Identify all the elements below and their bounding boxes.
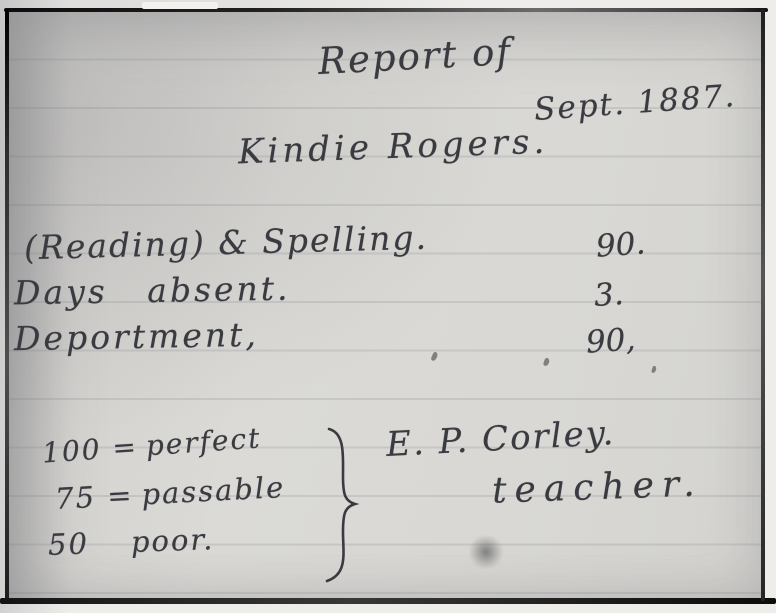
brace-mark: [322, 426, 360, 588]
student-name: Kindie Rogers.: [238, 125, 549, 170]
grading-scale-score: 75 =: [54, 478, 134, 516]
paper-edge-notch: [142, 2, 218, 9]
teacher-title: teacher.: [491, 466, 703, 509]
paper-edge-bottom: [0, 598, 776, 604]
report-title: Report of: [317, 33, 513, 80]
paper-edge-right: [761, 9, 765, 601]
score-value-days-absent: 3.: [593, 279, 625, 312]
ink-stain: [468, 536, 504, 568]
subject-label-reading-spelling: (Reading) & Spelling.: [24, 221, 429, 265]
grading-scale-score: 50: [47, 526, 89, 561]
subject-label-deportment: Deportment,: [14, 318, 259, 355]
subject-label-days-absent: Days absent.: [14, 272, 291, 310]
grading-scale-score: 100 =: [41, 430, 139, 470]
score-value-reading-spelling: 90.: [595, 228, 646, 262]
paper-edge-left: [5, 9, 9, 601]
grading-scale-item-poor: 50poor.: [48, 525, 215, 560]
scanned-report-card: Report of Sept. 1887. Kindie Rogers. (Re…: [0, 0, 776, 613]
paper-edge-top: [4, 8, 768, 12]
score-value-deportment: 90,: [585, 324, 636, 358]
grading-scale-meaning: poor.: [130, 522, 215, 559]
